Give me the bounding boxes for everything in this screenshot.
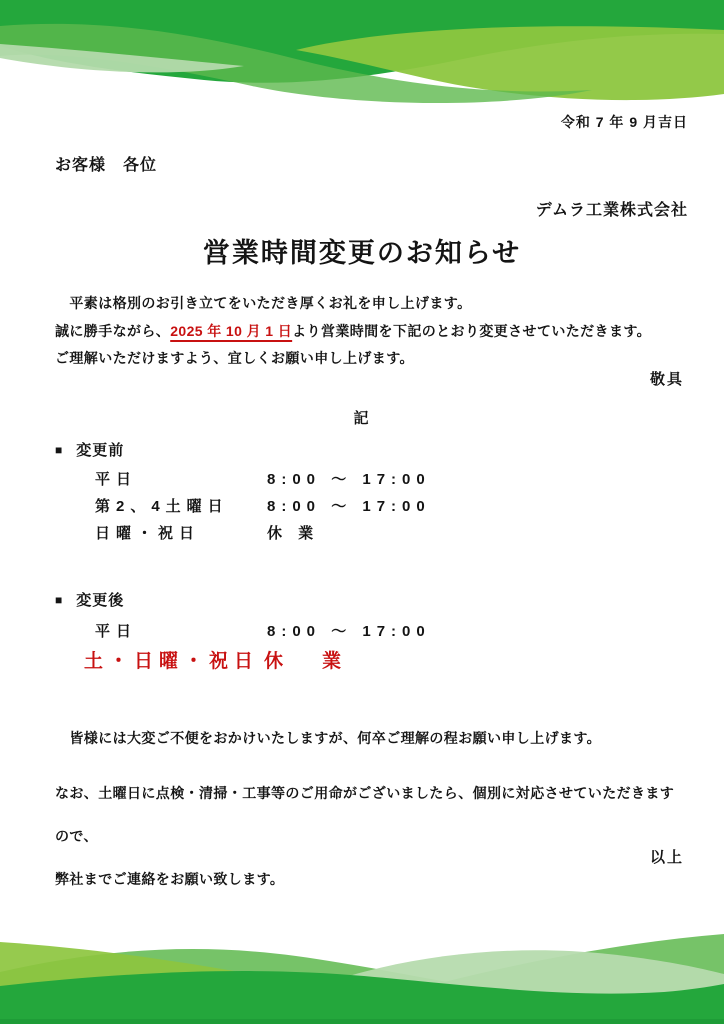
day-label: 日曜・祝日 [95, 520, 267, 547]
square-bullet-icon: ■ [55, 593, 63, 607]
table-row: 日曜・祝日 休 業 [95, 520, 431, 547]
document-title: 営業時間変更のお知らせ [0, 231, 724, 270]
day-label: 平日 [95, 618, 267, 645]
table-row: 第2、4土曜日 8:00 ～ 17:00 [95, 493, 431, 520]
contact-line-2: 弊社までご連絡をお願い致します。 [55, 858, 684, 901]
opening-line-3: ご理解いただけますよう、宜しくお願い申し上げます。 [55, 345, 684, 373]
table-row: 平日 8:00 ～ 17:00 [95, 618, 431, 645]
end-mark: 以上 [650, 846, 684, 867]
day-label: 平日 [95, 466, 267, 493]
opening-paragraph: 平素は格別のお引き立てをいただき厚くお礼を申し上げます。 誠に勝手ながら、202… [55, 290, 684, 373]
hours-table-before: 平日 8:00 ～ 17:00 第2、4土曜日 8:00 ～ 17:00 日曜・… [95, 466, 431, 547]
opening-line-2-post: より営業時間を下記のとおり変更させていただきます。 [292, 323, 651, 339]
header-wave-decoration [0, 0, 724, 118]
section-heading-after-label: 変更後 [76, 589, 124, 610]
opening-line-2-pre: 誠に勝手ながら、 [55, 323, 170, 339]
company-name: デムラ工業株式会社 [536, 197, 688, 220]
record-mark: 記 [0, 407, 724, 428]
opening-line-1: 平素は格別のお引き立てをいただき厚くお礼を申し上げます。 [55, 290, 684, 318]
hours-value: 8:00 ～ 17:00 [267, 618, 431, 645]
day-label: 第2、4土曜日 [95, 493, 267, 520]
section-heading-after: ■ 変更後 [55, 589, 124, 610]
table-row: 平日 8:00 ～ 17:00 [95, 466, 431, 493]
closed-days-highlight-row: 土・日曜・祝日 休 業 [84, 646, 351, 673]
day-label: 土・日曜・祝日 [84, 646, 264, 673]
hours-value: 8:00 ～ 17:00 [267, 466, 431, 493]
hours-table-after: 平日 8:00 ～ 17:00 [95, 618, 431, 645]
contact-line-1: なお、土曜日に点検・清掃・工事等のご用命がございましたら、個別に対応させていただ… [55, 772, 684, 858]
contact-paragraph: なお、土曜日に点検・清掃・工事等のご用命がございましたら、個別に対応させていただ… [55, 772, 684, 901]
footer-wave-decoration [0, 900, 724, 1024]
opening-line-2: 誠に勝手ながら、2025 年 10 月 1 日より営業時間を下記のとおり変更させ… [55, 318, 684, 346]
square-bullet-icon: ■ [55, 443, 63, 457]
closing-word: 敬具 [650, 368, 684, 389]
document-date: 令和 7 年 9 月吉日 [561, 112, 688, 132]
hours-value: 休 業 [267, 520, 319, 547]
section-heading-before-label: 変更前 [76, 439, 124, 460]
recipient-line: お客様 各位 [55, 152, 157, 175]
apology-paragraph: 皆様には大変ご不便をおかけいたしますが、何卒ご理解の程お願い申し上げます。 [55, 728, 684, 748]
closed-value: 休 業 [264, 646, 351, 673]
hours-value: 8:00 ～ 17:00 [267, 493, 431, 520]
section-heading-before: ■ 変更前 [55, 439, 124, 460]
effective-date-highlight: 2025 年 10 月 1 日 [170, 323, 292, 339]
notice-document: 令和 7 年 9 月吉日 お客様 各位 デムラ工業株式会社 営業時間変更のお知ら… [0, 0, 724, 1024]
